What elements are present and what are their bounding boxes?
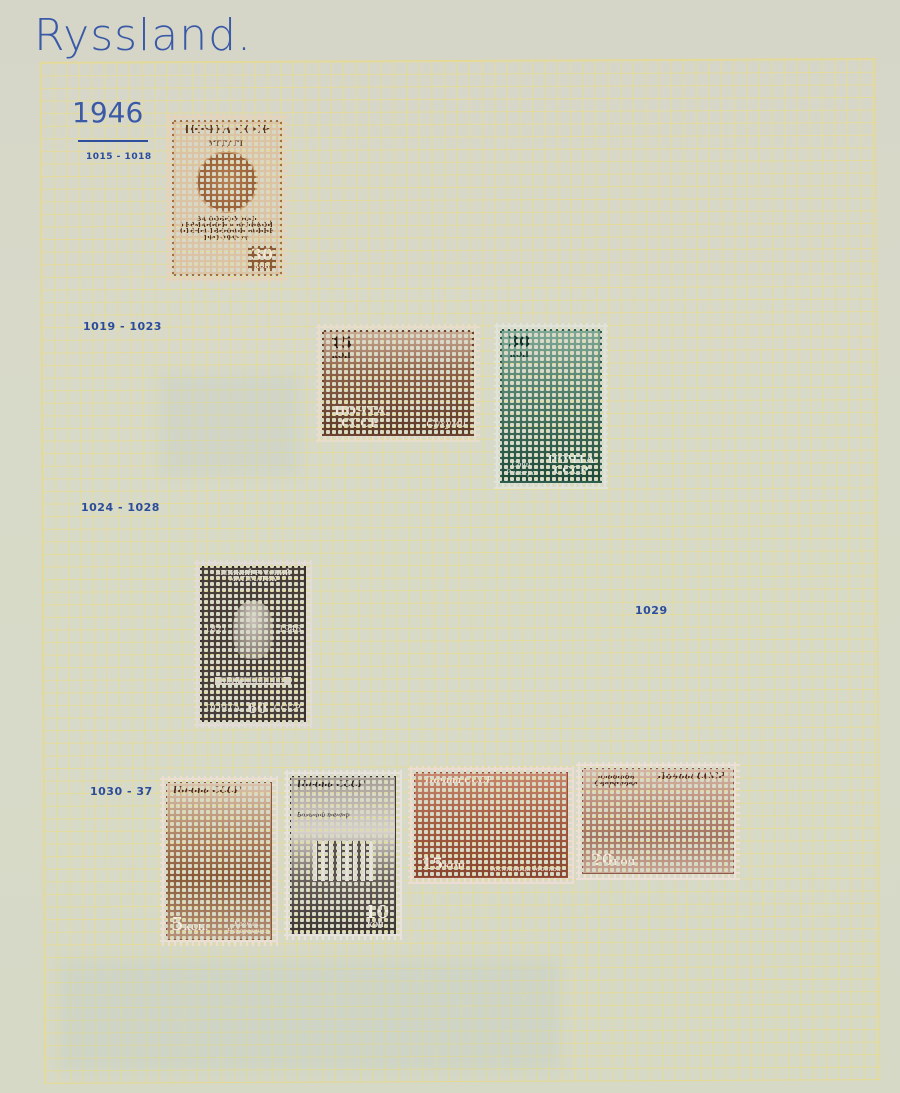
stamp-unit: КОП — [330, 352, 352, 359]
theatre-icon — [313, 841, 373, 881]
stamp-value-box: 30 КОП — [248, 246, 276, 271]
stamp-value: 15 — [421, 856, 443, 873]
stamp-year-left: 1821 — [205, 626, 228, 635]
stamp-value: 15 — [330, 335, 352, 352]
stamp-postal-right: СССР — [274, 705, 301, 714]
stamp-value: 5 — [171, 916, 184, 935]
stamp-postal-left: ПОЧТА — [205, 705, 240, 714]
stamp-top-text: МЕДАЛЬ — [209, 140, 246, 147]
year-heading: 1946 — [72, 96, 143, 129]
stamp-postal-text: Почта СССР — [173, 787, 241, 796]
catalog-label: 1030 - 37 — [90, 785, 153, 798]
stamp-sverdlov-square[interactable]: площадь Свердлова Почта СССР 20 КОП. — [576, 762, 740, 880]
stamp-place: Сухуми — [426, 420, 466, 431]
catalog-label: 1019 - 1023 — [83, 320, 162, 333]
catalog-label: 1015 - 1018 — [86, 152, 152, 162]
portrait-icon — [233, 601, 273, 659]
stamp-place: Кремль. Набережная — [227, 922, 267, 935]
stamp-sochi[interactable]: 30 КОП Сочи Ривьера ПОЧТА СССР — [494, 323, 608, 489]
stamp-postal-text: ПОЧТА СССР — [330, 405, 390, 430]
stamp-postal-text: Почта СССР — [425, 777, 493, 786]
stamp-place: Сочи Ривьера — [506, 462, 536, 477]
stamp-place: гостиница Москва — [490, 866, 561, 873]
stamp-postal-text: ПОЧТА СССР — [546, 454, 596, 477]
stamp-caption: ЗА ПОБЕДУ НАД ГЕРМАНИЕЙ в ВЕЛИКОЙ ОТЕЧЕС… — [174, 217, 280, 242]
stamp-kremlin[interactable]: Почта СССР 5 КОП. Кремль. Набережная — [160, 776, 278, 946]
stamp-place: площадь Свердлова — [591, 773, 641, 788]
country-heading: Ryssland. — [34, 10, 252, 61]
stamp-year-right: 1946 — [278, 626, 301, 635]
stamp-postal-text: Почта СССР — [297, 781, 365, 790]
stamp-header: ВЕЛИКИЙ РУССКИЙ МАТЕМАТИК — [202, 571, 304, 584]
stamp-value-block: 30 КОП — [508, 334, 530, 358]
medal-icon — [196, 151, 258, 213]
stamp-name: П.Л.ЧЕБЫШЕВ — [215, 677, 291, 684]
paper-shadow — [60, 960, 560, 1070]
stamp-bolshoi-theatre[interactable]: Почта СССР Большой театр 10 КОП. — [284, 770, 402, 940]
stamp-value: 30 — [251, 247, 273, 264]
stamp-value: 20 — [591, 852, 613, 869]
catalog-label: 1029 — [635, 604, 668, 617]
stamp-unit: КОП. — [184, 923, 209, 931]
stamp-unit: КОП — [251, 264, 273, 270]
stamp-unit: КОП. — [443, 862, 468, 870]
catalog-label: 1024 - 1028 — [81, 501, 160, 514]
year-underline — [78, 140, 148, 142]
stamp-value: 10 — [364, 904, 389, 923]
stamp-header: ПОЧТА СССР — [184, 124, 270, 136]
stamp-victory-medal[interactable]: ПОЧТА СССР МЕДАЛЬ ЗА ПОБЕДУ НАД ГЕРМАНИЕ… — [166, 114, 288, 282]
stamp-unit: КОП. — [613, 858, 638, 866]
stamp-value: 60 — [247, 702, 266, 717]
stamp-sukhumi[interactable]: 15 КОП ПОЧТА СССР Сухуми — [316, 324, 480, 442]
stamp-postal-text: Почта СССР — [657, 773, 725, 788]
stamp-value: 30 — [508, 334, 530, 351]
stamp-chebyshev[interactable]: ВЕЛИКИЙ РУССКИЙ МАТЕМАТИК 1821 1946 П.Л.… — [194, 560, 312, 728]
stamp-value-block: 15 КОП — [330, 335, 352, 359]
stamp-unit: КОП. — [364, 923, 389, 929]
album-page: Ryssland. 1946 1015 - 1018 1019 - 1023 1… — [0, 0, 900, 1093]
stamp-unit: КОП — [508, 351, 530, 358]
stamp-hotel-moskva[interactable]: Почта СССР 15 КОП. гостиница Москва — [408, 766, 574, 884]
stamp-place: Большой театр — [297, 813, 350, 819]
stamp-hinge-shadow — [160, 375, 300, 475]
